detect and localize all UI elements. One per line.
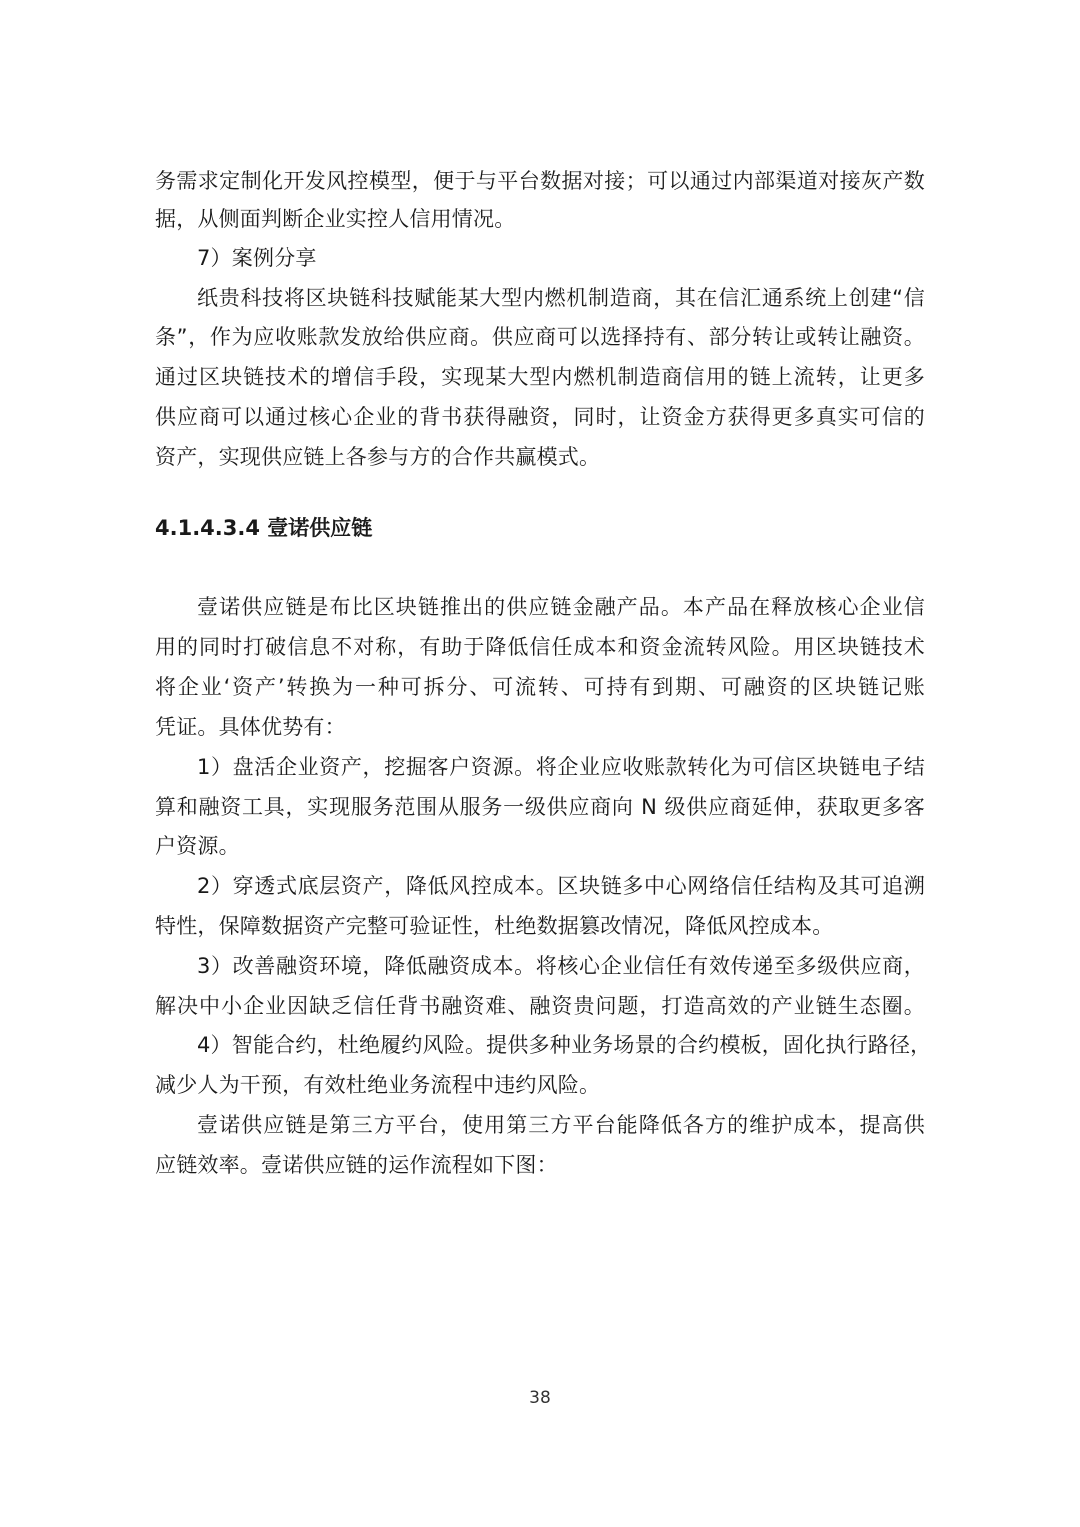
text-line: 条”，作为应收账款发放给供应商。供应商可以选择持有、部分转让或转让融资。 bbox=[155, 322, 925, 352]
text-line: 应链效率。壹诺供应链的运作流程如下图： bbox=[155, 1150, 925, 1180]
text-line: 1）盘活企业资产，挖掘客户资源。将企业应收账款转化为可信区块链电子结 bbox=[197, 752, 925, 782]
text-line: 3）改善融资环境，降低融资成本。将核心企业信任有效传递至多级供应商， bbox=[197, 951, 925, 981]
text-line: 供应商可以通过核心企业的背书获得融资，同时，让资金方获得更多真实可信的 bbox=[155, 402, 925, 432]
text-line: 务需求定制化开发风控模型，便于与平台数据对接；可以通过内部渠道对接灰产数 bbox=[155, 166, 925, 196]
text-line: 7）案例分享 bbox=[197, 243, 925, 273]
text-line: 通过区块链技术的增信手段，实现某大型内燃机制造商信用的链上流转，让更多 bbox=[155, 362, 925, 392]
text-line: 将企业‘资产’转换为一种可拆分、可流转、可持有到期、可融资的区块链记账 bbox=[155, 672, 925, 702]
text-line: 纸贵科技将区块链科技赋能某大型内燃机制造商，其在信汇通系统上创建“信 bbox=[197, 283, 925, 313]
document-page: 务需求定制化开发风控模型，便于与平台数据对接；可以通过内部渠道对接灰产数据，从侧… bbox=[0, 0, 1080, 1527]
text-line: 用的同时打破信息不对称，有助于降低信任成本和资金流转风险。用区块链技术 bbox=[155, 632, 925, 662]
text-line: 资产，实现供应链上各参与方的合作共赢模式。 bbox=[155, 442, 925, 472]
text-line: 壹诺供应链是布比区块链推出的供应链金融产品。本产品在释放核心企业信 bbox=[197, 592, 925, 622]
text-line: 算和融资工具，实现服务范围从服务一级供应商向 N 级供应商延伸，获取更多客 bbox=[155, 792, 925, 822]
text-line: 据，从侧面判断企业实控人信用情况。 bbox=[155, 204, 925, 234]
text-line: 凭证。具体优势有： bbox=[155, 712, 925, 742]
text-line: 4）智能合约，杜绝履约风险。提供多种业务场景的合约模板，固化执行路径， bbox=[197, 1030, 925, 1060]
text-line: 特性，保障数据资产完整可验证性，杜绝数据篡改情况，降低风控成本。 bbox=[155, 911, 925, 941]
text-line: 壹诺供应链是第三方平台，使用第三方平台能降低各方的维护成本，提高供 bbox=[197, 1110, 925, 1140]
section-heading: 4.1.4.3.4 壹诺供应链 bbox=[155, 513, 372, 543]
text-line: 解决中小企业因缺乏信任背书融资难、融资贵问题，打造高效的产业链生态圈。 bbox=[155, 991, 925, 1021]
text-line: 减少人为干预，有效杜绝业务流程中违约风险。 bbox=[155, 1070, 925, 1100]
text-line: 2）穿透式底层资产，降低风控成本。区块链多中心网络信任结构及其可追溯 bbox=[197, 871, 925, 901]
text-line: 户资源。 bbox=[155, 831, 925, 861]
page-number: 38 bbox=[0, 1388, 1080, 1408]
